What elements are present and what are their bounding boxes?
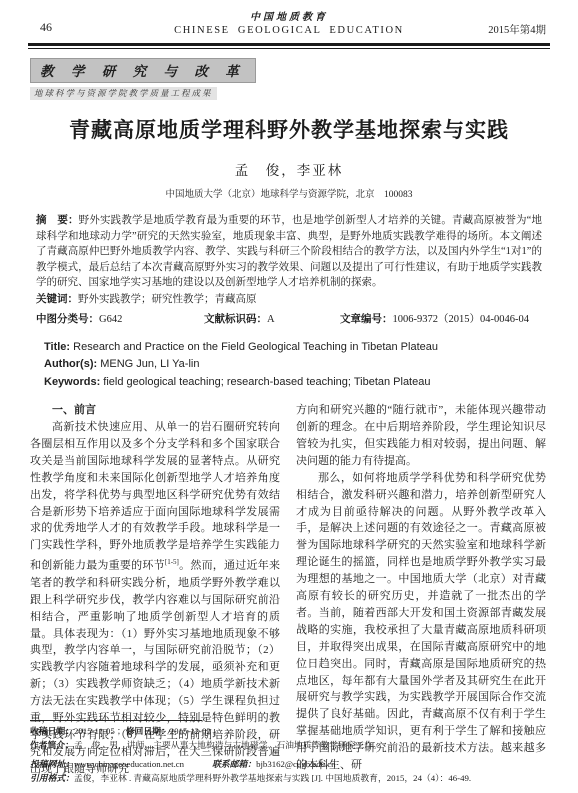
section-heading-introduction: 一、前言 <box>30 402 280 419</box>
left-paragraph-text-a: 高新技术快速应用、从单一的岩石圈研究转向各圈层相互作用以及多个分支学科和多个国家… <box>30 421 280 572</box>
authors: 孟 俊，李亚林 <box>0 159 578 179</box>
journal-header: 46 中国地质教育 CHINESE GEOLOGICAL EDUCATION 2… <box>28 6 550 40</box>
english-title-text: Research and Practice on the Field Geolo… <box>70 341 438 353</box>
revised-date: 2015-12-02 。 <box>170 726 222 736</box>
author-bio-line: 作者简介：孟 俊，男，讲师，主要从事大地构造与古地磁学、石油地质等教学研究工作。 <box>30 739 550 753</box>
abstract-text: 野外实践教学是地质学教育最为重要的环节，也是地学创新型人才培养的关键。青藏高原被… <box>36 215 542 288</box>
doc-code-label: 文献标识码： <box>204 313 267 325</box>
author-bio-label: 作者简介： <box>30 740 74 750</box>
paper-page: 46 中国地质教育 CHINESE GEOLOGICAL EDUCATION 2… <box>0 0 578 793</box>
english-authors-line: Author(s): MENG Jun, LI Ya-lin <box>44 356 542 374</box>
issue-number: 2015年第4期 <box>488 22 546 37</box>
clc-label: 中图分类号： <box>36 313 99 325</box>
english-authors-label: Author(s): <box>44 358 97 370</box>
english-meta-block: Title: Research and Practice on the Fiel… <box>44 339 542 392</box>
english-title-line: Title: Research and Practice on the Fiel… <box>44 339 542 357</box>
dates-line: 收稿日期：2015-11-05 ；修回日期：2015-12-02 。 <box>30 725 550 739</box>
received-date-label: 收稿日期： <box>30 726 74 736</box>
contact-email-label: 联系邮箱： <box>212 759 256 769</box>
english-title-label: Title: <box>44 341 70 353</box>
citation-format-label: 引用格式： <box>30 773 74 783</box>
journal-name-block: 中国地质教育 CHINESE GEOLOGICAL EDUCATION <box>28 8 550 36</box>
clc-value: G642 <box>99 314 122 325</box>
banner-section-subtitle: 地球科学与资源学院教学质量工程成果 <box>30 87 217 100</box>
journal-contact-group: 投稿网址：www.chinageoeducation.net.cn联系邮箱：bj… <box>30 758 550 785</box>
english-keywords-text: field geological teaching; research-base… <box>100 376 430 388</box>
citation-format-line: 引用格式：孟俊，李亚林 . 青藏高原地质学理科野外教学基地探索与实践 [J]. … <box>30 772 550 786</box>
article-id-label: 文章编号： <box>340 313 393 325</box>
journal-name-english: CHINESE GEOLOGICAL EDUCATION <box>28 25 550 36</box>
affiliation: 中国地质大学（北京）地球科学与资源学院，北京 100083 <box>0 186 578 200</box>
english-keywords-label: Keywords: <box>44 376 100 388</box>
english-authors-text: MENG Jun, LI Ya-lin <box>97 358 199 370</box>
citation-reference: [1-5] <box>165 558 179 566</box>
clc-number: 中图分类号：G642 <box>36 311 204 326</box>
abstract-label: 摘 要： <box>36 214 79 226</box>
paper-title: 青藏高原地质学理科野外教学基地探索与实践 <box>0 114 578 144</box>
right-column-paragraph-continuation: 方向和研究兴趣的“随行就市”，未能体现兴趣带动创新的理念。在中后期培养阶段，学生… <box>296 402 546 470</box>
column-banner: 教 学 研 究 与 改 革 地球科学与资源学院教学质量工程成果 <box>30 58 578 101</box>
keywords-text: 野外实践教学；研究性教学；青藏高原 <box>78 294 257 305</box>
abstract-block: 摘 要：野外实践教学是地质学教育最为重要的环节，也是地学创新型人才培养的关键。青… <box>36 213 542 308</box>
classification-row: 中图分类号：G642 文献标识码：A 文章编号：1006-9372（2015）0… <box>36 311 542 326</box>
submission-contact-line: 投稿网址：www.chinageoeducation.net.cn联系邮箱：bj… <box>30 758 550 772</box>
citation-format-text: 孟俊，李亚林 . 青藏高原地质学理科野外教学基地探索与实践 [J]. 中国地质教… <box>74 773 471 783</box>
author-bio-text: 孟 俊，男，讲师，主要从事大地构造与古地磁学、石油地质等教学研究工作。 <box>74 740 382 750</box>
article-id: 文章编号：1006-9372（2015）04-0046-04 <box>340 311 542 326</box>
document-code: 文献标识码：A <box>204 311 340 326</box>
header-divider-rule <box>28 43 550 49</box>
footnote-separator-rule <box>30 720 202 721</box>
contact-email[interactable]: bjb3162@cugb.edu.cn <box>256 759 335 769</box>
submission-site-url[interactable]: www.chinageoeducation.net.cn <box>74 759 184 769</box>
submission-site-label: 投稿网址： <box>30 759 74 769</box>
footnote-block: 收稿日期：2015-11-05 ；修回日期：2015-12-02 。 作者简介：… <box>30 720 550 785</box>
english-keywords-line: Keywords: field geological teaching; res… <box>44 374 542 392</box>
journal-name-chinese: 中国地质教育 <box>28 8 550 23</box>
banner-section-title: 教 学 研 究 与 改 革 <box>30 58 256 83</box>
keywords-label: 关键词： <box>36 293 78 305</box>
received-date: 2015-11-05 ； <box>74 726 126 736</box>
revised-date-label: 修回日期： <box>126 726 170 736</box>
doc-code-value: A <box>267 314 275 325</box>
keywords-line: 关键词：野外实践教学；研究性教学；青藏高原 <box>36 292 542 308</box>
article-id-value: 1006-9372（2015）04-0046-04 <box>393 314 530 325</box>
